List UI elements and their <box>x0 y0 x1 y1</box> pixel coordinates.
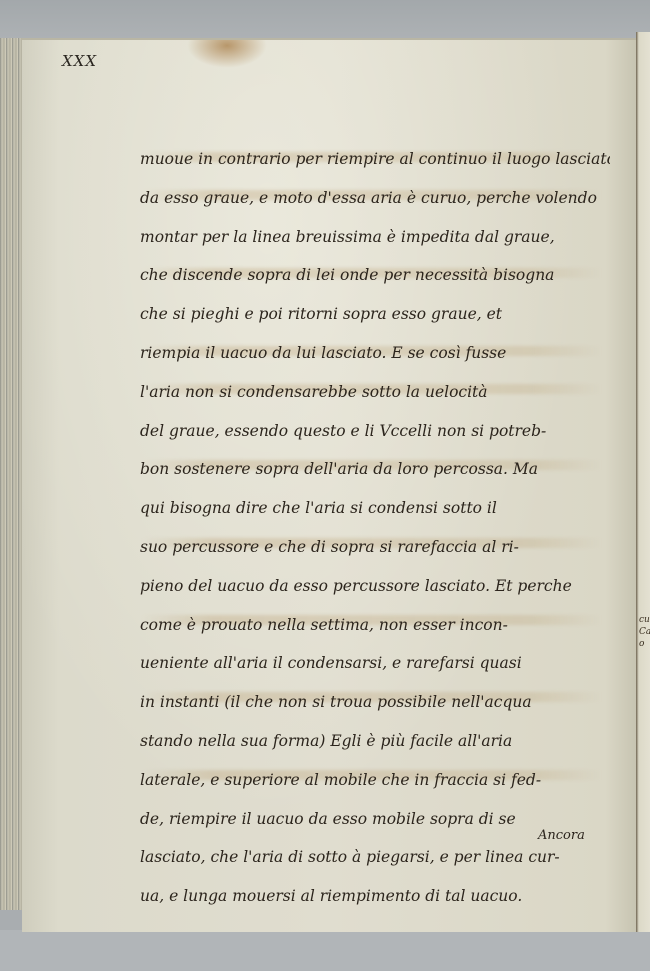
background-top <box>0 0 650 42</box>
catchword: Ancora <box>538 828 585 843</box>
text-line: riempia il uacuo da lui lasciato. E se c… <box>140 334 610 373</box>
text-line: suo percussore e che di sopra si rarefac… <box>140 528 610 567</box>
text-line: che discende sopra di lei onde per neces… <box>140 256 610 295</box>
text-line: bon sostenere sopra dell'aria da loro pe… <box>140 450 610 489</box>
handwritten-text-block: muoue in contrario per riempire al conti… <box>140 140 610 916</box>
margin-note-line: o <box>639 638 650 650</box>
margin-note-line: Cafse <box>639 626 650 638</box>
text-line: ueniente all'aria il condensarsi, e rare… <box>140 644 610 683</box>
text-line: montar per la linea breuissima è impedit… <box>140 218 610 257</box>
text-line: qui bisogna dire che l'aria si condensi … <box>140 489 610 528</box>
text-line: stando nella sua forma) Egli è più facil… <box>140 722 610 761</box>
text-line: del graue, essendo questo e li Vccelli n… <box>140 412 610 451</box>
facing-page-edge <box>636 32 650 932</box>
folio-number: XXX <box>62 52 97 70</box>
text-line: da esso graue, e moto d'essa aria è curu… <box>140 179 610 218</box>
water-stain <box>187 40 267 68</box>
text-line: lasciato, che l'aria di sotto à piegarsi… <box>140 838 610 877</box>
text-line: che si pieghi e poi ritorni sopra esso g… <box>140 295 610 334</box>
text-line: l'aria non si condensarebbe sotto la uel… <box>140 373 610 412</box>
manuscript-page: XXX muoue in contrario per riempire al c… <box>22 38 636 932</box>
facing-page-margin-note: culo de Cafse o <box>639 614 650 650</box>
text-line: pieno del uacuo da esso percussore lasci… <box>140 567 610 606</box>
text-line: ua, e lunga mouersi al riempimento di ta… <box>140 877 610 916</box>
text-line: laterale, e superiore al mobile che in f… <box>140 761 610 800</box>
margin-note-line: culo de <box>639 614 650 626</box>
text-line: muoue in contrario per riempire al conti… <box>140 140 610 179</box>
text-line: come è prouato nella settima, non esser … <box>140 606 610 645</box>
background-bottom <box>0 930 650 971</box>
text-line: in instanti (il che non si troua possibi… <box>140 683 610 722</box>
